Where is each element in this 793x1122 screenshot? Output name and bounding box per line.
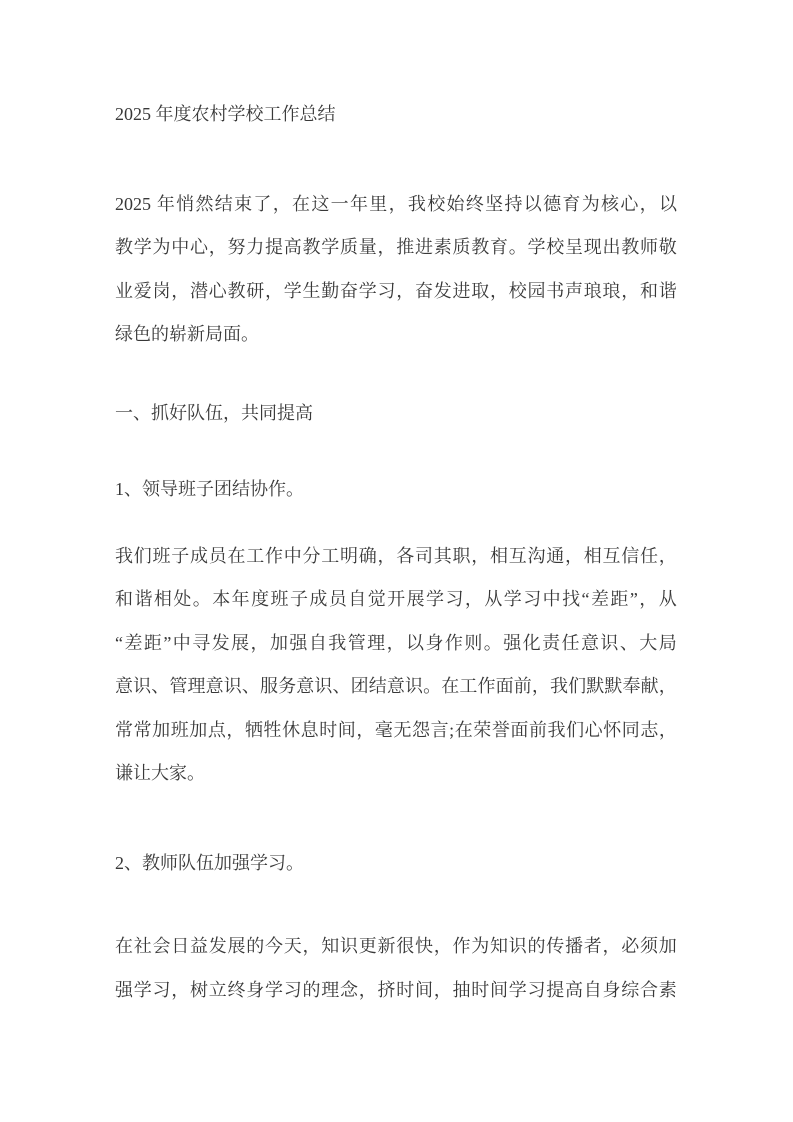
numbered-heading: 1、领导班子团结协作。 bbox=[115, 468, 677, 512]
text-line: 我们班子成员在工作中分工明确，各司其职，相互沟通，相互信任， bbox=[115, 535, 677, 579]
document-body: 2025 年度农村学校工作总结2025 年悄然结束了，在这一年里，我校始终坚持以… bbox=[115, 93, 677, 1012]
paragraph: 在社会日益发展的今天，知识更新很快，作为知识的传播者，必须加强学习，树立终身学习… bbox=[115, 925, 677, 1012]
text-line: 强学习，树立终身学习的理念，挤时间，抽时间学习提高自身综合素 bbox=[115, 969, 677, 1013]
text-line: 谦让大家。 bbox=[115, 752, 677, 796]
text-line: “差距”中寻发展，加强自我管理，以身作则。强化责任意识、大局 bbox=[115, 622, 677, 666]
paragraph: 2025 年悄然结束了，在这一年里，我校始终坚持以德育为核心，以教学为中心，努力… bbox=[115, 183, 677, 357]
text-line: 绿色的崭新局面。 bbox=[115, 313, 677, 357]
text-line: 意识、管理意识、服务意识、团结意识。在工作面前，我们默默奉献， bbox=[115, 665, 677, 709]
section-heading: 一、抓好队伍，共同提高 bbox=[115, 392, 677, 436]
text-line: 1、领导班子团结协作。 bbox=[115, 468, 677, 512]
paragraph: 我们班子成员在工作中分工明确，各司其职，相互沟通，相互信任，和谐相处。本年度班子… bbox=[115, 535, 677, 796]
text-line: 2025 年悄然结束了，在这一年里，我校始终坚持以德育为核心，以 bbox=[115, 183, 677, 227]
text-line: 2、教师队伍加强学习。 bbox=[115, 842, 677, 886]
text-line: 一、抓好队伍，共同提高 bbox=[115, 392, 677, 436]
text-line: 业爱岗，潜心教研，学生勤奋学习，奋发进取，校园书声琅琅，和谐 bbox=[115, 270, 677, 314]
text-line: 常常加班加点，牺牲休息时间，毫无怨言;在荣誉面前我们心怀同志， bbox=[115, 709, 677, 753]
text-line: 2025 年度农村学校工作总结 bbox=[115, 93, 677, 137]
text-line: 和谐相处。本年度班子成员自觉开展学习，从学习中找“差距”，从 bbox=[115, 578, 677, 622]
document-page: 2025 年度农村学校工作总结2025 年悄然结束了，在这一年里，我校始终坚持以… bbox=[0, 0, 793, 1122]
title: 2025 年度农村学校工作总结 bbox=[115, 93, 677, 137]
text-line: 教学为中心，努力提高教学质量，推进素质教育。学校呈现出教师敬 bbox=[115, 226, 677, 270]
numbered-heading: 2、教师队伍加强学习。 bbox=[115, 842, 677, 886]
text-line: 在社会日益发展的今天，知识更新很快，作为知识的传播者，必须加 bbox=[115, 925, 677, 969]
